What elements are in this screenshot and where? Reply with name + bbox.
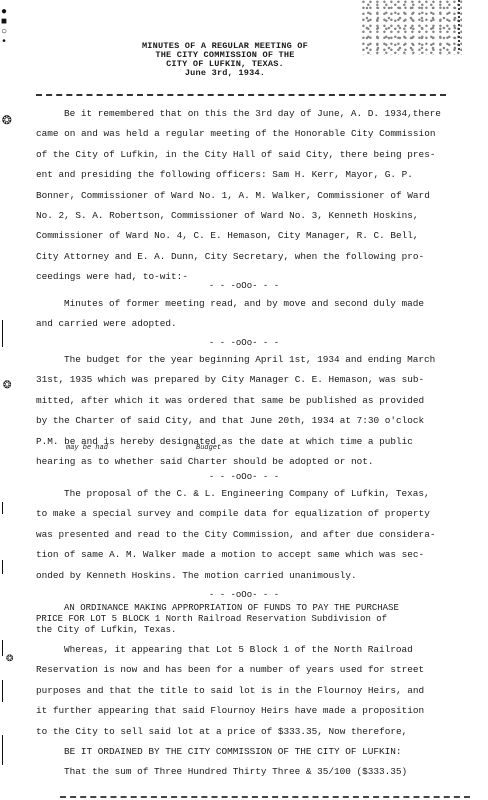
text-line: ent and presiding the following officers… bbox=[36, 165, 446, 185]
text-line: Minutes of former meeting read, and by m… bbox=[36, 294, 446, 314]
typed-insertion: may be had bbox=[66, 444, 108, 452]
text-line: That the sum of Three Hundred Thirty Thr… bbox=[36, 762, 446, 782]
text-line: by the Charter of said City, and that Ju… bbox=[36, 411, 446, 431]
section-separator: - - -oOo- - - bbox=[0, 590, 488, 600]
title-date: June 3rd, 1934. bbox=[100, 69, 350, 78]
punch-hole-icon: ❂ bbox=[6, 652, 13, 664]
text-line: The proposal of the C. & L. Engineering … bbox=[36, 484, 446, 504]
text-line: Commissioner of Ward No. 4, C. E. Hemaso… bbox=[36, 226, 446, 246]
margin-mark: • bbox=[1, 38, 7, 48]
margin-bar bbox=[2, 560, 3, 574]
section-separator: - - -oOo- - - bbox=[0, 281, 488, 291]
text-line: PRICE FOR LOT 5 BLOCK 1 North Railroad R… bbox=[36, 614, 456, 625]
text-line: No. 2, S. A. Robertson, Commissioner of … bbox=[36, 206, 446, 226]
text-line: Be it remembered that on this the 3rd da… bbox=[36, 104, 446, 124]
text-line: the City of Lufkin, Texas. bbox=[36, 625, 456, 636]
paragraph-minutes: Minutes of former meeting read, and by m… bbox=[36, 294, 446, 335]
text-line: it further appearing that said Flournoy … bbox=[36, 701, 446, 721]
scan-noise bbox=[362, 0, 462, 55]
paragraph-whereas: Whereas, it appearing that Lot 5 Block 1… bbox=[36, 640, 446, 783]
text-line: City Attorney and E. A. Dunn, City Secre… bbox=[36, 247, 446, 267]
text-line: tion of same A. M. Walker made a motion … bbox=[36, 545, 446, 565]
text-line: onded by Kenneth Hoskins. The motion car… bbox=[36, 566, 446, 586]
paragraph-budget: The budget for the year beginning April … bbox=[36, 350, 446, 472]
text-line: 31st, 1935 which was prepared by City Ma… bbox=[36, 370, 446, 390]
text-line: Whereas, it appearing that Lot 5 Block 1… bbox=[36, 640, 446, 660]
text-line: of the City of Lufkin, in the City Hall … bbox=[36, 145, 446, 165]
scan-noise bbox=[60, 786, 470, 798]
text-line: Bonner, Commissioner of Ward No. 1, A. M… bbox=[36, 186, 446, 206]
text-line: Reservation is now and has been for a nu… bbox=[36, 660, 446, 680]
text-line: was presented and read to the City Commi… bbox=[36, 525, 446, 545]
punch-hole-icon: ❂ bbox=[3, 378, 11, 392]
paragraph-engineering-proposal: The proposal of the C. & L. Engineering … bbox=[36, 484, 446, 586]
margin-bar bbox=[2, 640, 3, 656]
text-line: hearing as to whether said Charter shoul… bbox=[36, 452, 446, 472]
margin-bar bbox=[2, 502, 3, 514]
text-line: The budget for the year beginning April … bbox=[36, 350, 446, 370]
dashed-rule bbox=[36, 94, 446, 96]
margin-bar bbox=[2, 680, 3, 702]
punch-hole-icon: ❂ bbox=[2, 112, 12, 128]
ordinance-heading: AN ORDINANCE MAKING APPROPRIATION OF FUN… bbox=[36, 603, 456, 636]
handwritten-correction: Budget bbox=[196, 444, 221, 452]
text-line: AN ORDINANCE MAKING APPROPRIATION OF FUN… bbox=[36, 603, 456, 614]
text-line: and carried were adopted. bbox=[36, 314, 446, 334]
scanned-document-page: ● ■ ○ • ❂ ❂ ❂ MINUTES OF A REGULAR MEETI… bbox=[0, 0, 488, 800]
paragraph-attendance: Be it remembered that on this the 3rd da… bbox=[36, 104, 446, 288]
ordained-line: BE IT ORDAINED BY THE CITY COMMISSION OF… bbox=[36, 742, 446, 762]
margin-bar bbox=[2, 735, 3, 765]
text-line: to make a special survey and compile dat… bbox=[36, 504, 446, 524]
page-edge bbox=[456, 0, 460, 50]
section-separator: - - -oOo- - - bbox=[0, 338, 488, 348]
text-line: came on and was held a regular meeting o… bbox=[36, 124, 446, 144]
text-line: mitted, after which it was ordered that … bbox=[36, 391, 446, 411]
text-line: to the City to sell said lot at a price … bbox=[36, 722, 446, 742]
text-line: purposes and that the title to said lot … bbox=[36, 681, 446, 701]
document-title: MINUTES OF A REGULAR MEETING OF THE CITY… bbox=[100, 42, 350, 78]
section-separator: - - -oOo- - - bbox=[0, 472, 488, 482]
